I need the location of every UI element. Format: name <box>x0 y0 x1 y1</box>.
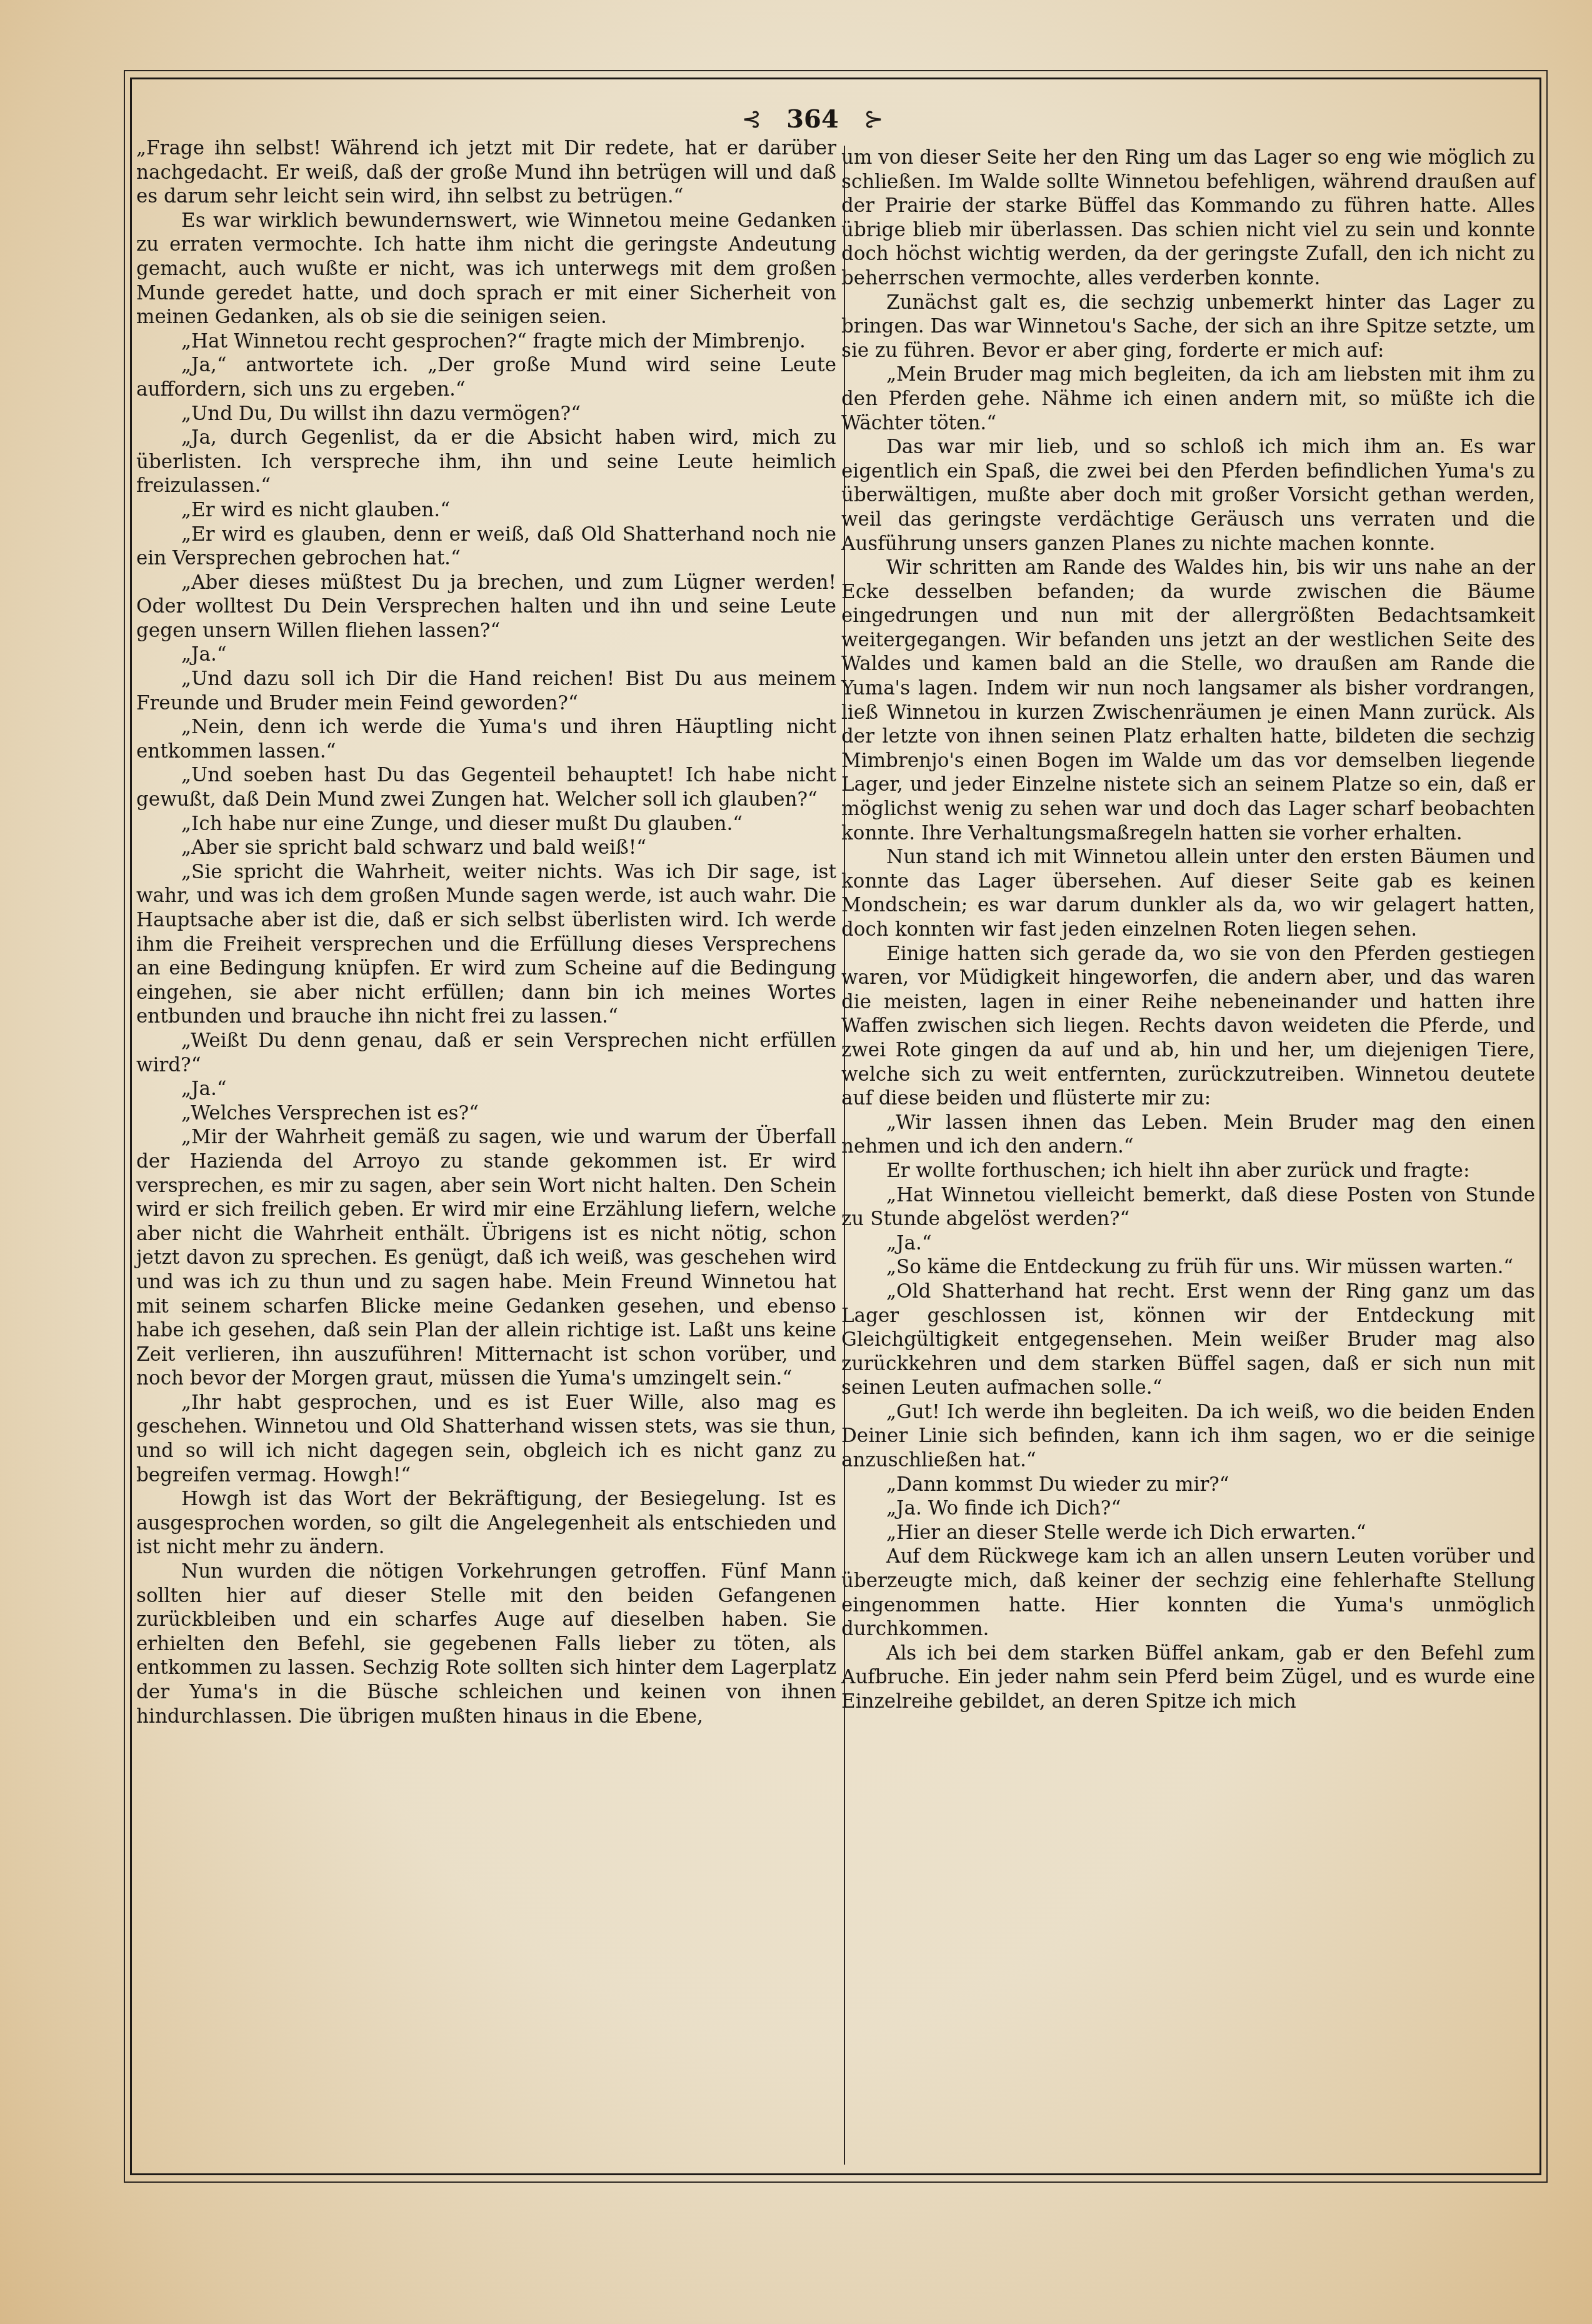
paragraph: „Ja. Wo finde ich Dich?“ <box>841 1496 1535 1521</box>
right-column: um von dieser Seite her den Ring um das … <box>841 146 1535 1714</box>
paragraph: „Old Shatterhand hat recht. Erst wenn de… <box>841 1280 1535 1400</box>
paragraph: „Ich habe nur eine Zunge, und dieser muß… <box>136 812 836 836</box>
paragraph: „Sie spricht die Wahrheit, weiter nichts… <box>136 860 836 1029</box>
page-header: ⊰ 364 ⊱ <box>688 100 938 138</box>
paragraph: Zunächst galt es, die sechzig unbemerkt … <box>841 291 1535 363</box>
paragraph: „Frage ihn selbst! Während ich jetzt mit… <box>136 136 836 209</box>
paragraph: Es war wirklich bewundernswert, wie Winn… <box>136 209 836 329</box>
paragraph: Er wollte forthuschen; ich hielt ihn abe… <box>841 1159 1535 1183</box>
paragraph: „So käme die Entdeckung zu früh für uns.… <box>841 1255 1535 1280</box>
paragraph: „Gut! Ich werde ihn begleiten. Da ich we… <box>841 1400 1535 1473</box>
paragraph: „Ihr habt gesprochen, und es ist Euer Wi… <box>136 1391 836 1487</box>
paragraph: Howgh ist das Wort der Bekräftigung, der… <box>136 1487 836 1560</box>
paragraph: „Ja.“ <box>136 643 836 667</box>
paragraph: „Wir lassen ihnen das Leben. Mein Bruder… <box>841 1111 1535 1159</box>
paragraph: „Weißt Du denn genau, daß er sein Verspr… <box>136 1029 836 1077</box>
paragraph: „Aber sie spricht bald schwarz und bald … <box>136 836 836 860</box>
paragraph: „Ja.“ <box>136 1077 836 1101</box>
ornament-right-icon: ⊱ <box>864 105 884 133</box>
paragraph: „Ja.“ <box>841 1231 1535 1256</box>
paragraph: „Und dazu soll ich Dir die Hand reichen!… <box>136 667 836 715</box>
paragraph: „Mir der Wahrheit gemäß zu sagen, wie un… <box>136 1125 836 1391</box>
paragraph: Das war mir lieb, und so schloß ich mich… <box>841 435 1535 556</box>
paragraph: „Er wird es nicht glauben.“ <box>136 498 836 523</box>
left-column: „Frage ihn selbst! Während ich jetzt mit… <box>136 136 836 1728</box>
paragraph: „Nein, denn ich werde die Yuma's und ihr… <box>136 715 836 763</box>
paragraph: „Hat Winnetou vielleicht bemerkt, daß di… <box>841 1183 1535 1231</box>
paragraph: „Mein Bruder mag mich begleiten, da ich … <box>841 363 1535 435</box>
paragraph: „Aber dieses müßtest Du ja brechen, und … <box>136 571 836 643</box>
paragraph: „Dann kommst Du wieder zu mir?“ <box>841 1473 1535 1497</box>
paragraph: „Welches Versprechen ist es?“ <box>136 1101 836 1126</box>
paragraph: um von dieser Seite her den Ring um das … <box>841 146 1535 291</box>
paragraph: Auf dem Rückwege kam ich an allen unsern… <box>841 1545 1535 1641</box>
page-number: 364 <box>786 104 839 134</box>
ornament-left-icon: ⊰ <box>741 105 761 133</box>
paragraph: Nun wurden die nötigen Vorkehrungen getr… <box>136 1560 836 1728</box>
paragraph: Einige hatten sich gerade da, wo sie von… <box>841 942 1535 1111</box>
paragraph: Nun stand ich mit Winnetou allein unter … <box>841 845 1535 941</box>
paragraph: „Ja, durch Gegenlist, da er die Absicht … <box>136 426 836 498</box>
paragraph: „Ja,“ antwortete ich. „Der große Mund wi… <box>136 353 836 401</box>
paragraph: Wir schritten am Rande des Waldes hin, b… <box>841 556 1535 845</box>
paragraph: „Hat Winnetou recht gesprochen?“ fragte … <box>136 329 836 354</box>
paragraph: „Und Du, Du willst ihn dazu vermögen?“ <box>136 402 836 426</box>
paragraph: „Er wird es glauben, denn er weiß, daß O… <box>136 523 836 571</box>
paragraph: „Und soeben hast Du das Gegenteil behaup… <box>136 763 836 811</box>
paragraph: Als ich bei dem starken Büffel ankam, ga… <box>841 1641 1535 1714</box>
paragraph: „Hier an dieser Stelle werde ich Dich er… <box>841 1521 1535 1545</box>
